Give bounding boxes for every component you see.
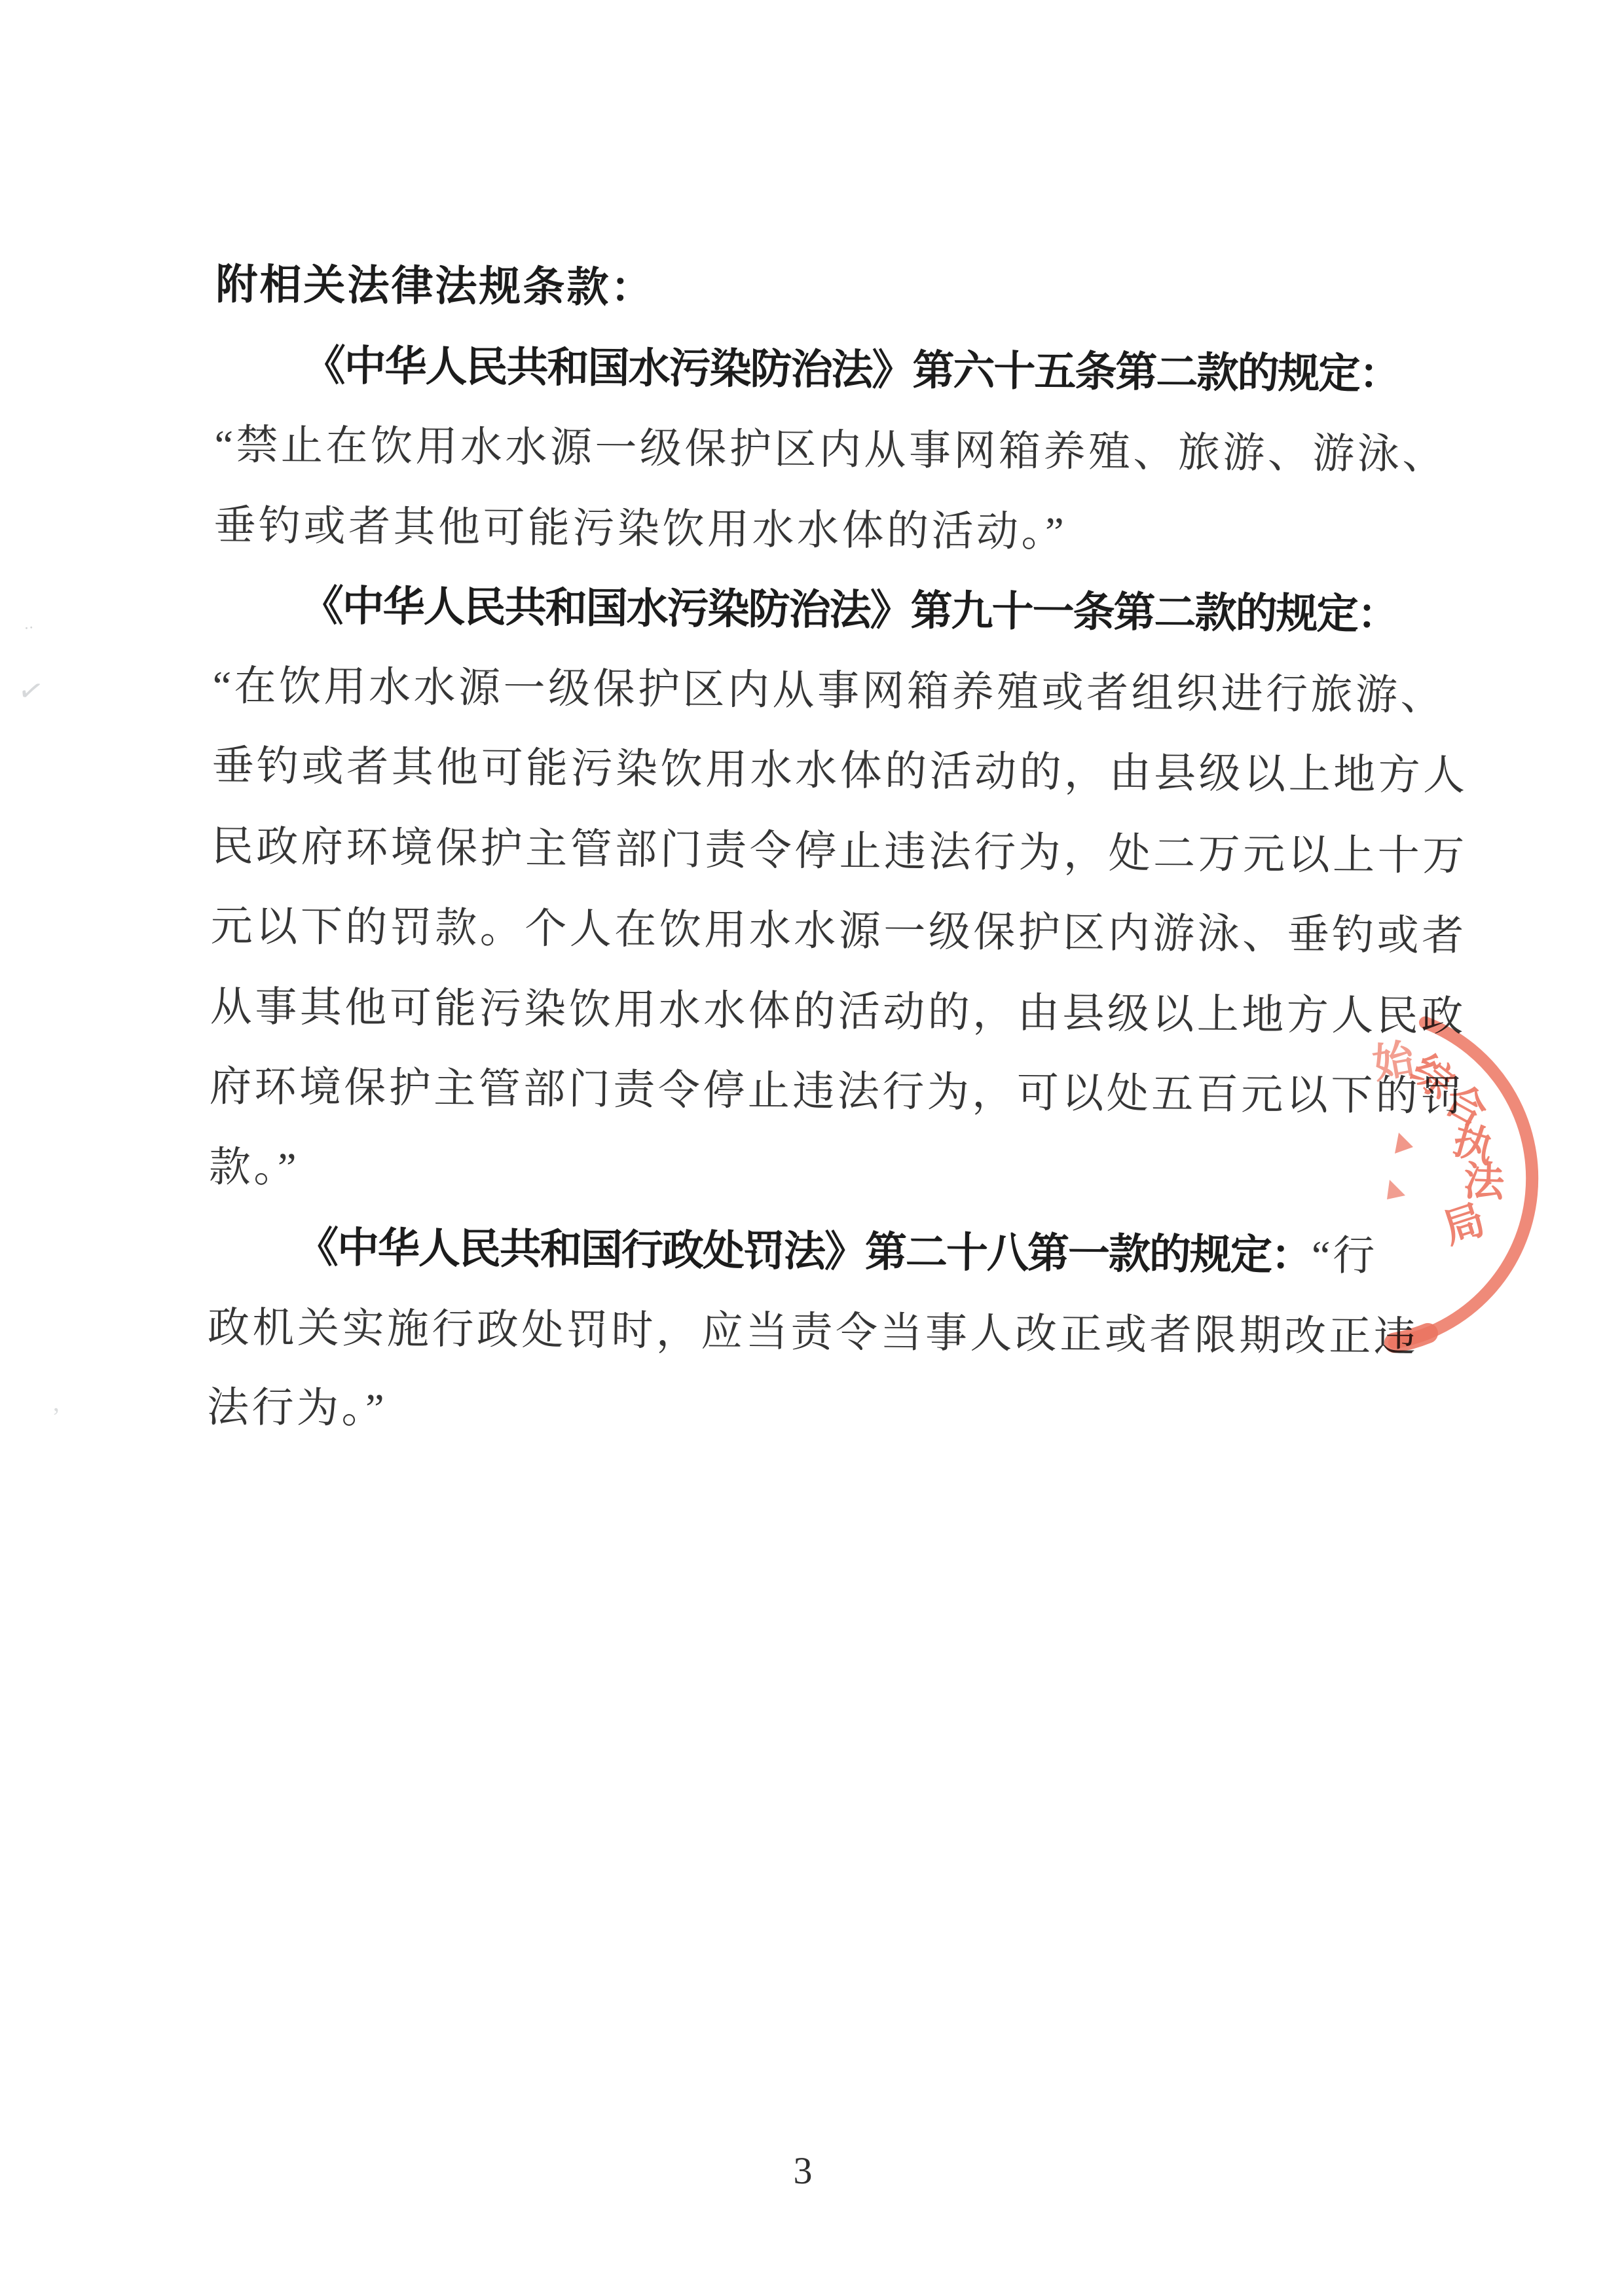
text-line: 民政府环境保护主管部门责令停止违法行为，处二万元以上十万 bbox=[211, 802, 1456, 892]
text-line: 垂钓或者其他可能污染饮用水水体的活动的，由县级以上地方人 bbox=[212, 722, 1456, 812]
text-run: 垂钓或者其他可能污染饮用水水体的活动。” bbox=[213, 492, 1067, 558]
text-run: 垂钓或者其他可能污染饮用水水体的活动的，由县级以上地方人 bbox=[212, 732, 1468, 802]
stamp-star-fragment bbox=[1395, 1133, 1413, 1154]
text-line: 《中华人民共和国水污染防治法》第六十五条第二款的规定： bbox=[215, 321, 1460, 410]
text-run: “禁止在饮用水水源一级保护区内从事网箱养殖、旅游、游泳、 bbox=[214, 411, 1447, 481]
text-run: 府环境保护主管部门责令停止违法行为，可以处五百元以下的罚 bbox=[210, 1053, 1466, 1123]
text-line: 政机关实施行政处罚时，应当责令当事人改正或者限期改正违 bbox=[208, 1283, 1452, 1373]
text-line: 从事其他可能污染饮用水水体的活动的，由县级以上地方人民政 bbox=[210, 962, 1454, 1052]
page-number: 3 bbox=[0, 2149, 1615, 2193]
stamp-ink-blob bbox=[1394, 1333, 1428, 1343]
document-text: 附相关法律法规条款：《中华人民共和国水污染防治法》第六十五条第二款的规定：“禁止… bbox=[207, 241, 1460, 1453]
text-run: 政机关实施行政处罚时，应当责令当事人改正或者限期改正违 bbox=[208, 1294, 1419, 1364]
text-line: 府环境保护主管部门责令停止违法行为，可以处五百元以下的罚 bbox=[209, 1043, 1454, 1133]
text-run: 款。” bbox=[209, 1133, 300, 1194]
scanned-document-page: 附相关法律法规条款：《中华人民共和国水污染防治法》第六十五条第二款的规定：“禁止… bbox=[0, 0, 1624, 2296]
text-line: 附相关法律法规条款： bbox=[215, 241, 1460, 331]
text-line: 《中华人民共和国行政处罚法》第二十八第一款的规定：“行 bbox=[208, 1203, 1452, 1293]
stamp-character: 法 bbox=[1463, 1159, 1505, 1205]
text-line: 《中华人民共和国水污染防治法》第九十一条第二款的规定： bbox=[213, 562, 1458, 651]
scan-artifact: ‥ bbox=[22, 615, 34, 633]
text-line: 垂钓或者其他可能污染饮用水水体的活动。” bbox=[213, 481, 1458, 571]
text-run: 附相关法律法规条款： bbox=[215, 251, 655, 314]
scan-artifact: ‚ bbox=[50, 1387, 61, 1418]
text-run: 《中华人民共和国水污染防治法》第九十一条第二款的规定： bbox=[301, 572, 1398, 641]
text-run: 元以下的罚款。个人在饮用水水源一级保护区内游泳、垂钓或者 bbox=[210, 892, 1467, 962]
text-run: 从事其他可能污染饮用水水体的活动的，由县级以上地方人民政 bbox=[210, 973, 1466, 1043]
text-run: 法行为。” bbox=[207, 1374, 388, 1435]
scan-artifact: ✓ bbox=[15, 671, 47, 711]
text-line: 元以下的罚款。个人在饮用水水源一级保护区内游泳、垂钓或者 bbox=[210, 883, 1455, 972]
text-line: 款。” bbox=[208, 1123, 1453, 1212]
text-run: 《中华人民共和国水污染防治法》第六十五条第二款的规定： bbox=[303, 332, 1400, 401]
text-line: “在饮用水水源一级保护区内从事网箱养殖或者组织进行旅游、 bbox=[212, 642, 1457, 731]
text-run: 民政府环境保护主管部门责令停止违法行为，处二万元以上十万 bbox=[211, 812, 1467, 883]
text-line: “禁止在饮用水水源一级保护区内从事网箱养殖、旅游、游泳、 bbox=[214, 401, 1459, 491]
text-line: 法行为。” bbox=[207, 1364, 1452, 1453]
text-run: “在饮用水水源一级保护区内从事网箱养殖或者组织进行旅游、 bbox=[212, 652, 1445, 722]
stamp-character: 局 bbox=[1438, 1197, 1490, 1252]
text-run: 《中华人民共和国行政处罚法》第二十八第一款的规定： bbox=[297, 1214, 1312, 1282]
official-stamp: 始综合执法局 bbox=[1336, 995, 1559, 1401]
stamp-star-fragment bbox=[1387, 1180, 1405, 1199]
